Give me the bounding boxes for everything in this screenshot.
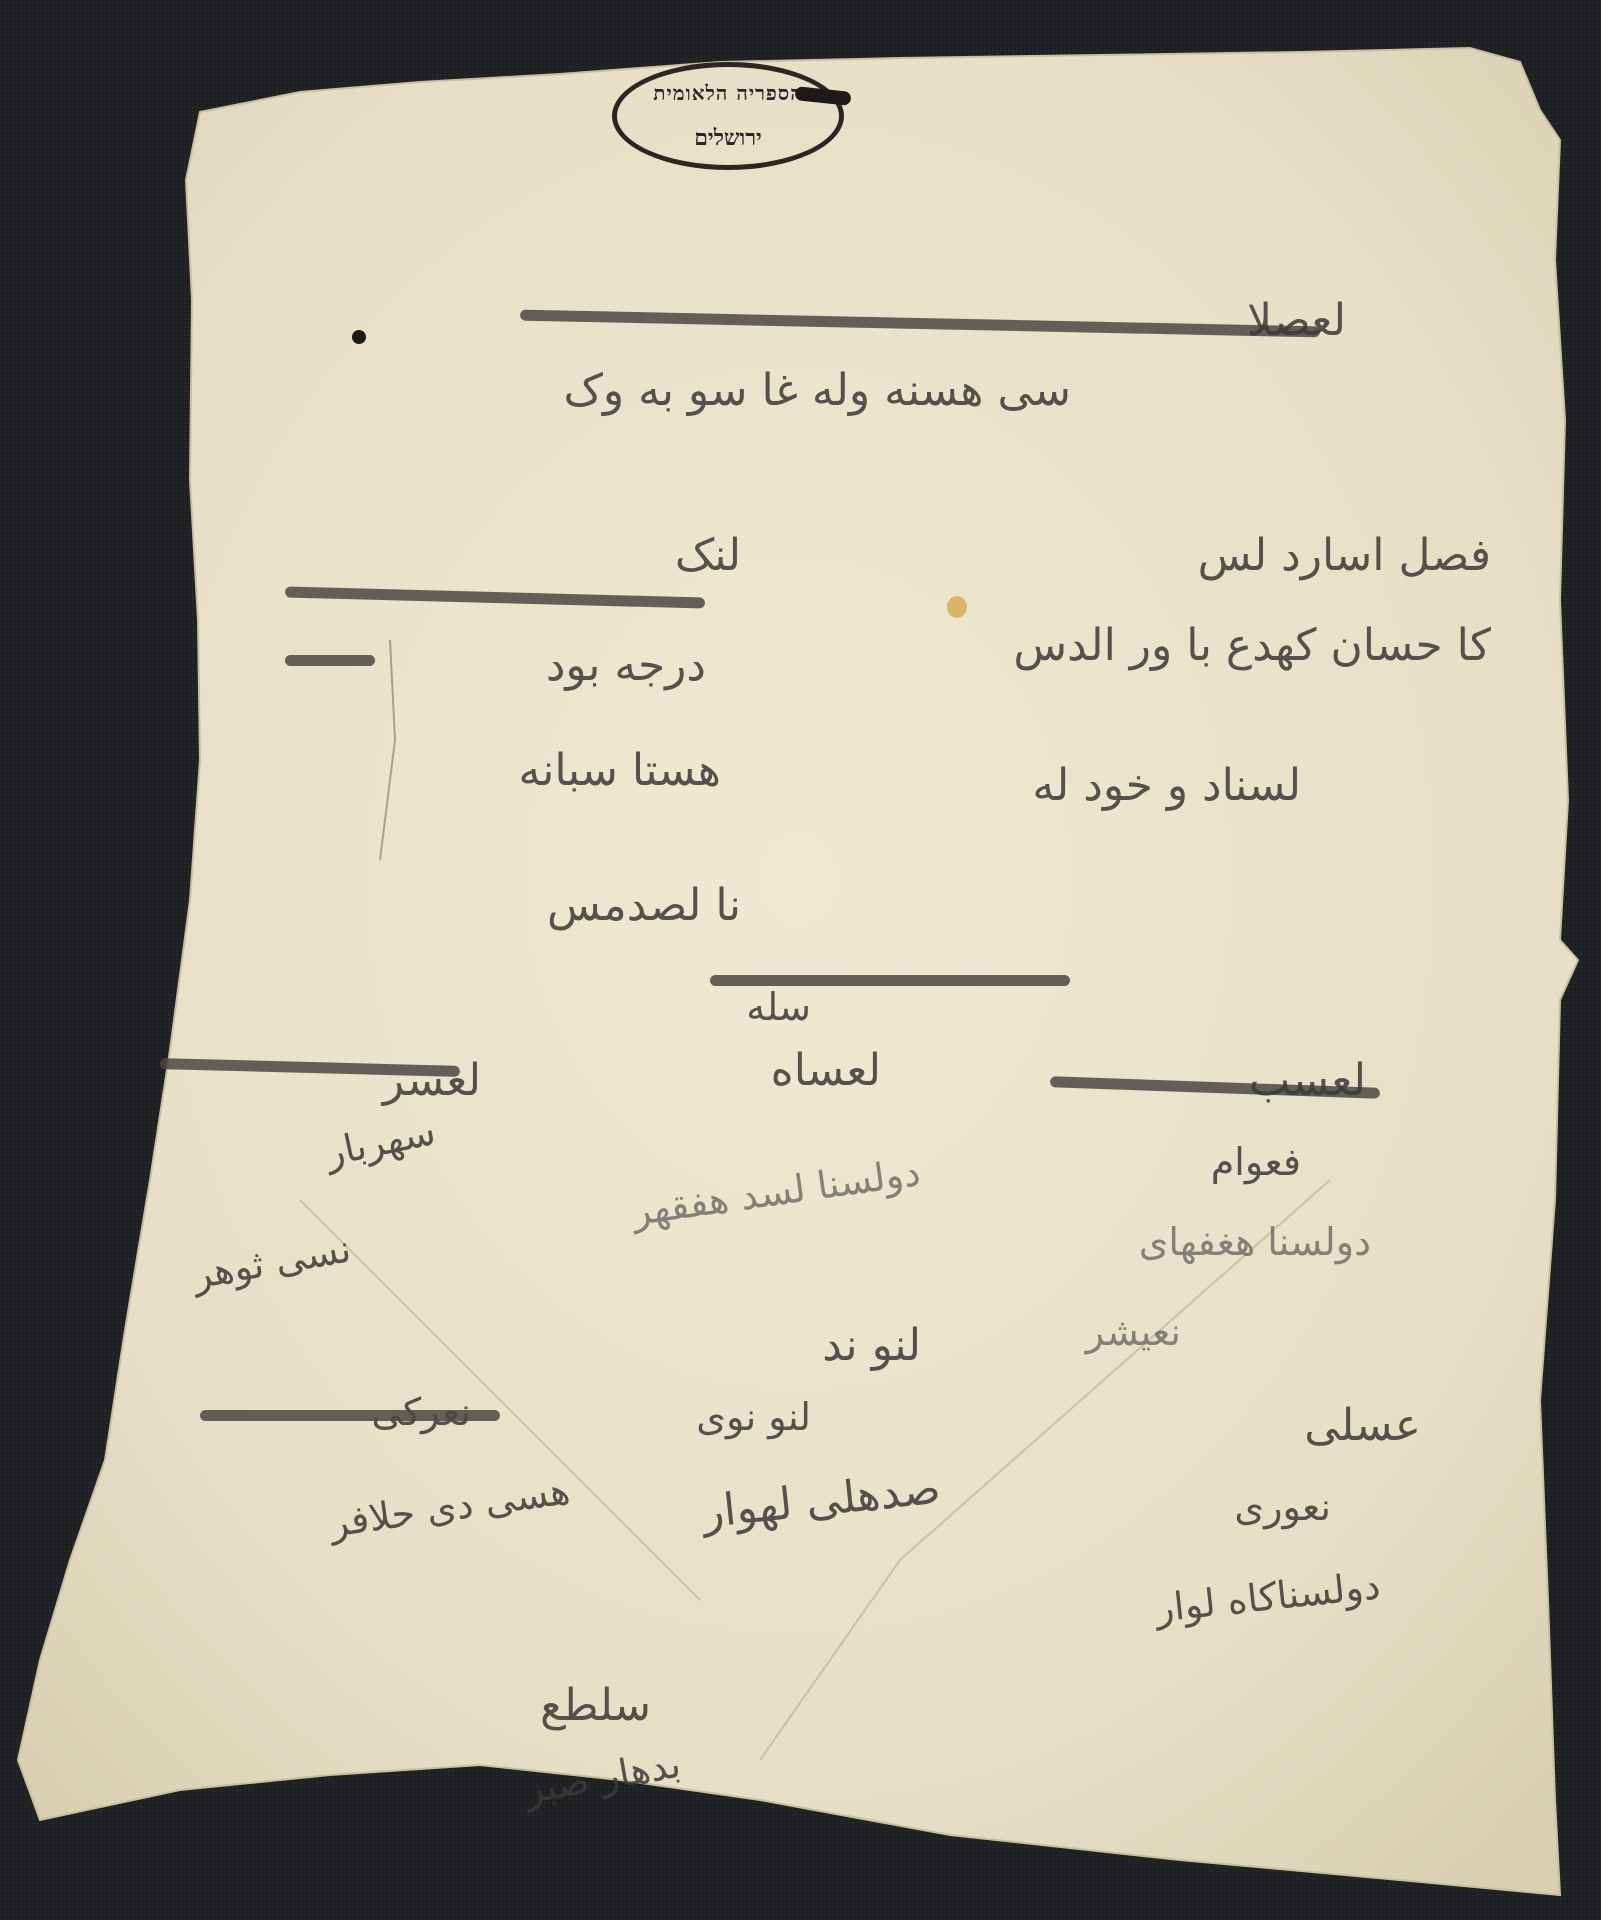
middle-label: سله (746, 985, 811, 1029)
entry-right-3: نعیشر (1086, 1310, 1181, 1354)
entry-right-1: فعوام (1211, 1140, 1301, 1184)
left-stroke-2 (200, 1410, 500, 1421)
stamp-line-2: ירושלים (657, 125, 799, 151)
column-head-left: لعسر (383, 1055, 481, 1106)
entry-middle-2: لنو ند (822, 1320, 921, 1371)
right-line-2: کا حسان کهدع با ور الدس (1013, 620, 1491, 671)
paper-sheet (0, 0, 1601, 1920)
stain-spot (947, 596, 967, 618)
header-line-1: لعصلا (1247, 295, 1346, 346)
entry-right-2: دولسنا هغفهای (1139, 1220, 1371, 1264)
left-line-1: درجه بود (546, 640, 706, 691)
entry-bottom-1: سلطع (540, 1680, 651, 1731)
right-line-1: فصل اسارد لس (1198, 530, 1491, 581)
left-line-2: هستا سبانه (518, 745, 721, 796)
library-stamp: הספריה הלאומית ירושלים (612, 62, 844, 170)
header-line-2: سی هسنه وله غا سو به وک (563, 365, 1071, 416)
left-line-0: لنک (675, 530, 741, 581)
entry-right-4: عسلی (1304, 1400, 1421, 1451)
left-dash (285, 655, 375, 666)
column-head-middle: لعساه (771, 1045, 881, 1096)
column-head-right: لعسب (1249, 1055, 1366, 1106)
ink-blot (352, 330, 366, 344)
entry-right-5: نعوری (1234, 1485, 1331, 1529)
entry-middle-3: لنو نوی (696, 1395, 811, 1439)
right-line-3: لسناد و خود له (1032, 760, 1301, 811)
left-line-3: نا لصدمس (547, 880, 741, 931)
